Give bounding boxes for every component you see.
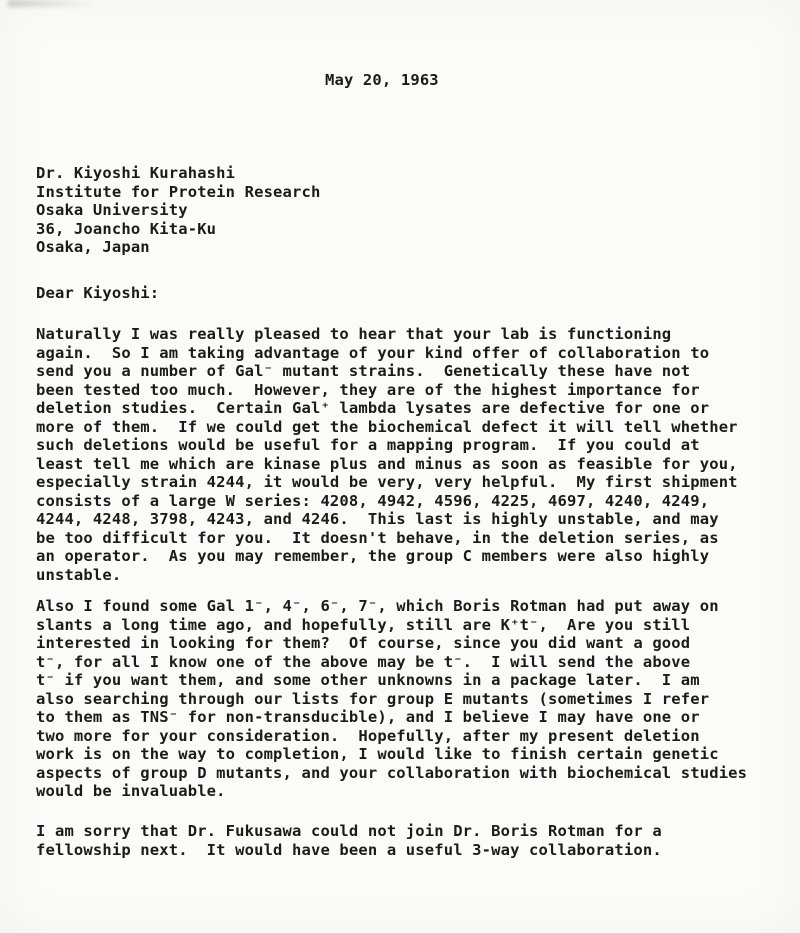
letter-paragraph-3: I am sorry that Dr. Fukusawa could not j…	[36, 822, 662, 859]
text-line: such deletions would be useful for a map…	[36, 436, 738, 455]
text-line: also searching through our lists for gro…	[36, 690, 747, 709]
text-line: 4244, 4248, 3798, 4243, and 4246. This l…	[36, 510, 738, 529]
text-line: aspects of group D mutants, and your col…	[36, 764, 747, 783]
text-line: Naturally I was really pleased to hear t…	[36, 325, 738, 344]
text-line: Dr. Kiyoshi Kurahashi	[36, 164, 320, 183]
text-line: Osaka, Japan	[36, 238, 320, 257]
text-line: slants a long time ago, and hopefully, s…	[36, 616, 747, 635]
text-line: would be invaluable.	[36, 782, 747, 801]
text-line: Also I found some Gal 1⁻, 4⁻, 6⁻, 7⁻, wh…	[36, 597, 747, 616]
text-line: been tested too much. However, they are …	[36, 381, 738, 400]
scan-smudge	[8, 0, 100, 7]
text-line: more of them. If we could get the bioche…	[36, 418, 738, 437]
text-line: unstable.	[36, 566, 738, 585]
text-line: Osaka University	[36, 201, 320, 220]
text-line: two more for your consideration. Hopeful…	[36, 727, 747, 746]
text-line: t⁻ if you want them, and some other unkn…	[36, 671, 747, 690]
letter-date: May 20, 1963	[325, 71, 439, 90]
text-line: to them as TNS⁻ for non-transducible), a…	[36, 708, 747, 727]
text-line: I am sorry that Dr. Fukusawa could not j…	[36, 822, 662, 841]
text-line: consists of a large W series: 4208, 4942…	[36, 492, 738, 511]
text-line: especially strain 4244, it would be very…	[36, 473, 738, 492]
letter-paragraph-2: Also I found some Gal 1⁻, 4⁻, 6⁻, 7⁻, wh…	[36, 597, 747, 801]
text-line: least tell me which are kinase plus and …	[36, 455, 738, 474]
salutation: Dear Kiyoshi:	[36, 284, 159, 303]
text-line: 36, Joancho Kita-Ku	[36, 220, 320, 239]
text-line: again. So I am taking advantage of your …	[36, 344, 738, 363]
letter-page: May 20, 1963 Dr. Kiyoshi KurahashiInstit…	[0, 0, 800, 933]
text-line: an operator. As you may remember, the gr…	[36, 547, 738, 566]
text-line: work is on the way to completion, I woul…	[36, 745, 747, 764]
text-line: fellowship next. It would have been a us…	[36, 841, 662, 860]
letter-paragraph-1: Naturally I was really pleased to hear t…	[36, 325, 738, 584]
text-line: interested in looking for them? Of cours…	[36, 634, 747, 653]
text-line: t⁻, for all I know one of the above may …	[36, 653, 747, 672]
text-line: Institute for Protein Research	[36, 183, 320, 202]
text-line: deletion studies. Certain Gal⁺ lambda ly…	[36, 399, 738, 418]
recipient-address: Dr. Kiyoshi KurahashiInstitute for Prote…	[36, 164, 320, 257]
text-line: be too difficult for you. It doesn't beh…	[36, 529, 738, 548]
text-line: send you a number of Gal⁻ mutant strains…	[36, 362, 738, 381]
